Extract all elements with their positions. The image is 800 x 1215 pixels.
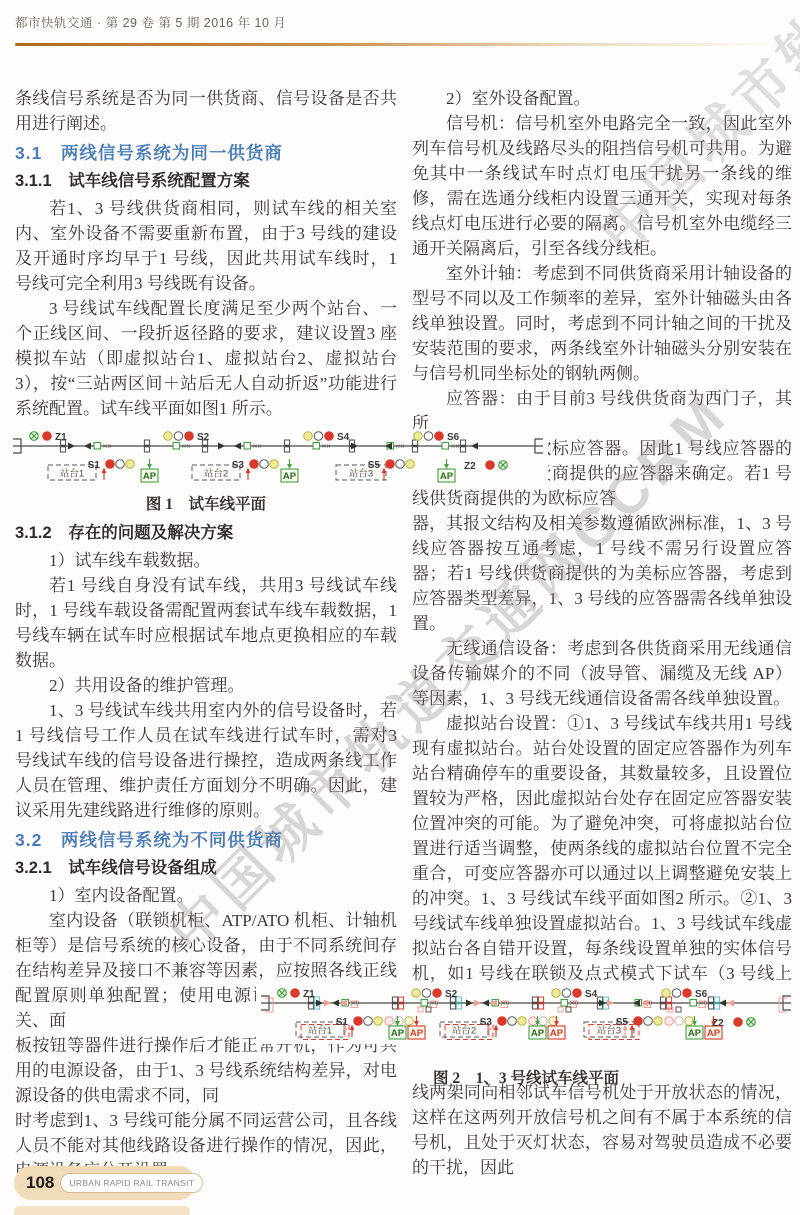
subsection-heading-3-2-1: 3.2.1 试车线信号设备组成: [15, 856, 397, 881]
platform-label: 站台2: [452, 1025, 476, 1037]
paragraph: 3 号线试车线配置长度满足至少两个站台、一个正线区间、一段折返径路的要求，建议设…: [15, 296, 397, 421]
paragraph: 线两架同向相邻试车信号机处于开放状态的情况，这样在这两列开放信号机之间有不属于本…: [412, 1080, 792, 1180]
signal-label: S3: [480, 1017, 493, 1028]
signal-label: S4: [337, 432, 350, 443]
signal-label: S6: [447, 432, 460, 443]
signal-label: S5: [616, 1017, 629, 1028]
header-rule: [15, 43, 787, 46]
signal-label-z2: Z2: [464, 461, 476, 472]
ap-label: AP: [531, 1028, 545, 1039]
list-item: 1）室内设备配置。: [15, 883, 397, 908]
footer: 108 URBAN RAPID RAIL TRANSIT: [14, 1166, 196, 1200]
list-item: 2）共用设备的维护管理。: [15, 673, 397, 698]
figure2-track-diagram: 站台1站台2站台3S1S3S5S2S4S6APAPAPAPAPAPZ1Z2: [256, 986, 796, 1044]
page-header-journal-info: 都市快轨交通 · 第 29 卷 第 5 期 2016 年 10 月: [15, 13, 286, 31]
ap-label: AP: [550, 1028, 564, 1039]
platform-label: 站台1: [60, 468, 84, 480]
ap-label: AP: [440, 471, 454, 482]
ap-label: AP: [143, 471, 157, 482]
signal-label: S3: [232, 460, 245, 471]
figure1-track-diagram: 站台1站台2站台3S1S3S5S2S4S6APAPAPZ1Z2: [8, 429, 548, 487]
signal-label: S5: [368, 460, 381, 471]
paragraph: 室外计轴：考虑到不同供货商采用计轴设备的型号不同以及工作频率的差异，室外计轴磁头…: [412, 261, 792, 386]
signal-label-z1: Z1: [55, 432, 67, 443]
signal-label: S4: [585, 989, 598, 1000]
paragraph: 虚拟站台设置：①1、3 号线试车线共用1 号线现有虚拟站台。站台处设置的固定应答…: [412, 711, 792, 1011]
footer-decoration: [14, 1206, 190, 1215]
signal-label-z1: Z1: [303, 989, 315, 1000]
signal-label: S6: [695, 989, 708, 1000]
list-item: 1）试车线车载数据。: [15, 548, 397, 573]
paragraph: 若1、3 号线供货商相同，则试车线的相关室内、室外设备不需要重新布置，由于3 号…: [15, 196, 397, 296]
signal-label: S2: [445, 989, 458, 1000]
right-column: 2）室外设备配置。 信号机：信号机室外电路完全一致，因此室外列车信号机及线路尽头…: [412, 86, 792, 1011]
page-number: 108: [26, 1173, 54, 1193]
journal-page: 都市快轨交通 · 第 29 卷 第 5 期 2016 年 10 月 中国城市轨道…: [0, 0, 800, 1215]
platform-label: 站台2: [204, 468, 228, 480]
journal-name-en: URBAN RAPID RAIL TRANSIT: [60, 1173, 203, 1193]
subsection-heading-3-1-2: 3.1.2 存在的问题及解决方案: [15, 521, 397, 546]
list-item: 2）室外设备配置。: [412, 86, 792, 111]
signal-label: S1: [88, 460, 101, 471]
paragraph: 若1 号线自身没有试车线，共用3 号线试车线时，1 号线车载设备需配置两套试车线…: [15, 573, 397, 673]
ap-label: AP: [410, 1028, 424, 1039]
figure1-caption: 图 1 试车线平面: [15, 492, 397, 514]
left-column-top: 条线信号系统是否为同一供货商、信号设备是否共用进行阐述。 3.1 两线信号系统为…: [15, 86, 397, 421]
ap-label: AP: [688, 1028, 702, 1039]
paragraph: 信号机：信号机室外电路完全一致，因此室外列车信号机及线路尽头的阻挡信号机可共用。…: [412, 111, 792, 261]
paragraph: 1、3 号线试车线共用室内外的信号设备时，若1 号线信号工作人员在试车线进行试车…: [15, 698, 397, 823]
signal-label: S2: [197, 432, 210, 443]
figure2-caption: 图 2 1、3 号线试车线平面: [256, 1066, 796, 1088]
ap-label: AP: [391, 1028, 405, 1039]
signal-label: S1: [336, 1017, 349, 1028]
right-column-tail: 线两架同向相邻试车信号机处于开放状态的情况，这样在这两列开放信号机之间有不属于本…: [412, 1080, 792, 1180]
subsection-heading-3-1-1: 3.1.1 试车线信号系统配置方案: [15, 169, 397, 194]
signal-label-z2: Z2: [712, 1018, 724, 1029]
paragraph: 器，其报文结构及相关参数遵循欧洲标准，1、3 号线应答器按互通考虑，1 号线不需…: [412, 511, 792, 636]
platform-label: 站台1: [308, 1025, 332, 1037]
section-heading-3-1: 3.1 两线信号系统为同一供货商: [15, 141, 397, 166]
paragraph: 无线通信设备：考虑到各供货商采用无线通信设备传输媒介的不同（波导管、漏缆及无线 …: [412, 636, 792, 711]
ap-label: AP: [707, 1028, 721, 1039]
section-heading-3-2: 3.2 两线信号系统为不同供货商: [15, 828, 397, 853]
paragraph-intro-tail: 条线信号系统是否为同一供货商、信号设备是否共用进行阐述。: [15, 86, 397, 136]
ap-label: AP: [283, 471, 297, 482]
